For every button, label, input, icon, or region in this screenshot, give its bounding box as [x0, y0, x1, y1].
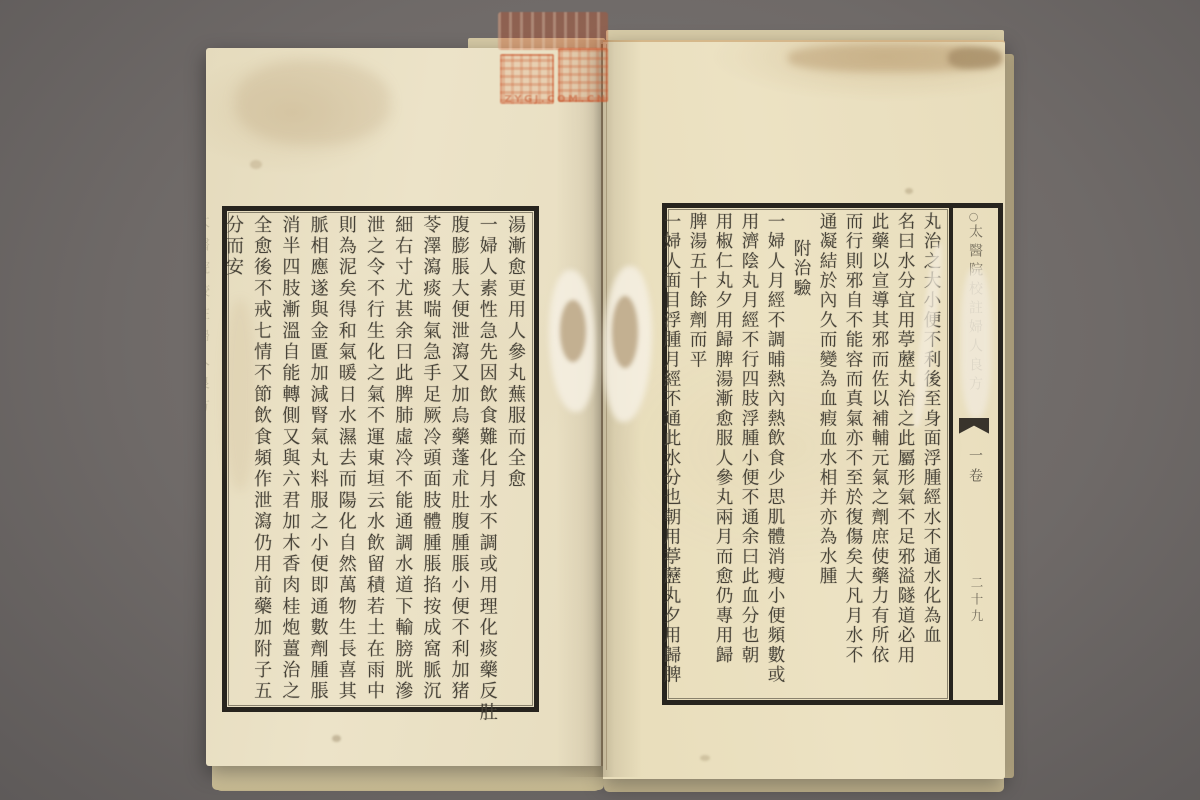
text-column: 通凝結於內久而變為血瘕血水相并亦為水腫 [814, 212, 840, 696]
circle-mark: ○ [967, 210, 980, 223]
volume-label: 一卷 [965, 448, 985, 488]
text-column: 一婦人月經不調晡熱內熱飲食少思肌體消瘦小便頻數或 [762, 212, 788, 696]
text-column: 湯漸愈更用人參丸蕪服而全愈 [501, 215, 529, 703]
text-column: 則為泥矣得和氣暖日水濕去而陽化自然萬物生長喜其 [332, 215, 360, 703]
text-column: 苓澤瀉痰喘氣急手足厥冷頭面肢體腫脹掐按成窩脈沉 [416, 215, 444, 703]
watermark: ZYGJ.COM.CN [486, 4, 626, 110]
text-column: 細右寸尤甚余曰此脾肺虛冷不能通調水道下輸膀胱滲 [388, 215, 416, 703]
text-column: 全愈後不戒七情不節飲食頻作泄瀉仍用前藥加附子五 [247, 215, 275, 703]
watermark-text-block [498, 12, 608, 50]
text-column: 分而安 [219, 215, 247, 703]
text-column: 此藥以宣導其邪而佐以補輔元氣之劑庶使藥力有所依 [866, 212, 892, 696]
page-number: 二十九 [967, 576, 985, 626]
text-column: 用椒仁丸夕用歸脾湯漸愈服人參丸兩月而愈仍專用歸 [710, 212, 736, 696]
photo-backdrop: 太醫院校註婦人良方 湯漸愈更用人參丸蕪服而全愈 一婦人素性急先因飲食難化月水不調… [0, 0, 1200, 800]
text-column: 而行則邪自不能容而真氣亦不至於復傷矣大凡月水不 [840, 212, 866, 696]
text-column: 一婦人面目浮腫月經不通此水分也朝用葶藶丸夕用歸脾 [658, 212, 684, 696]
gutter-fold-line [601, 44, 603, 766]
banxin-book-title: 太醫院校註婦人良方 [965, 224, 985, 395]
text-column: 腹膨脹大便泄瀉又加烏藥蓬朮肚腹腫脹小便不利加猪 [444, 215, 472, 703]
text-column: 消半四肢漸溫自能轉側又與六君加木香肉桂炮薑治之 [275, 215, 303, 703]
watermark-url-text: ZYGJ.COM.CN [486, 94, 626, 105]
text-column: 一婦人素性急先因飲食難化月水不調或用理化痰藥反肚 [473, 215, 501, 703]
text-column: 泄之令不行生化之氣不運東垣云水飲留積若土在雨中 [360, 215, 388, 703]
foredge-remnant-title: 太醫院校註婦人良方 [205, 214, 220, 712]
right-page-text: 丸治之大小便不利後至身面浮腫經水不通水化為血 名曰水分宜用葶藶丸治之此屬形氣不足… [672, 212, 944, 696]
text-column: 脈相應遂與金匱加減腎氣丸料服之小便即通數劑腫脹 [303, 215, 331, 703]
section-heading-column: 附治驗 [788, 212, 814, 696]
text-column: 脾湯五十餘劑而平 [684, 212, 710, 696]
left-page-text: 湯漸愈更用人參丸蕪服而全愈 一婦人素性急先因飲食難化月水不調或用理化痰藥反肚 腹… [232, 215, 529, 703]
left-text-frame: 湯漸愈更用人參丸蕪服而全愈 一婦人素性急先因飲食難化月水不調或用理化痰藥反肚 腹… [222, 206, 539, 712]
text-column: 丸治之大小便不利後至身面浮腫經水不通水化為血 [918, 212, 944, 696]
right-text-frame: 丸治之大小便不利後至身面浮腫經水不通水化為血 名曰水分宜用葶藶丸治之此屬形氣不足… [662, 203, 953, 705]
text-column: 用濟陰丸月經不行四肢浮腫小便不通余曰此血分也朝 [736, 212, 762, 696]
text-column: 名曰水分宜用葶藶丸治之此屬形氣不足邪溢隧道必用 [892, 212, 918, 696]
gutter-fold-line [606, 44, 607, 770]
fishtail-mark [959, 418, 989, 437]
banxin-strip: ○ 太醫院校註婦人良方 一卷 二十九 [953, 203, 1003, 705]
page-stack-edge [212, 763, 604, 790]
